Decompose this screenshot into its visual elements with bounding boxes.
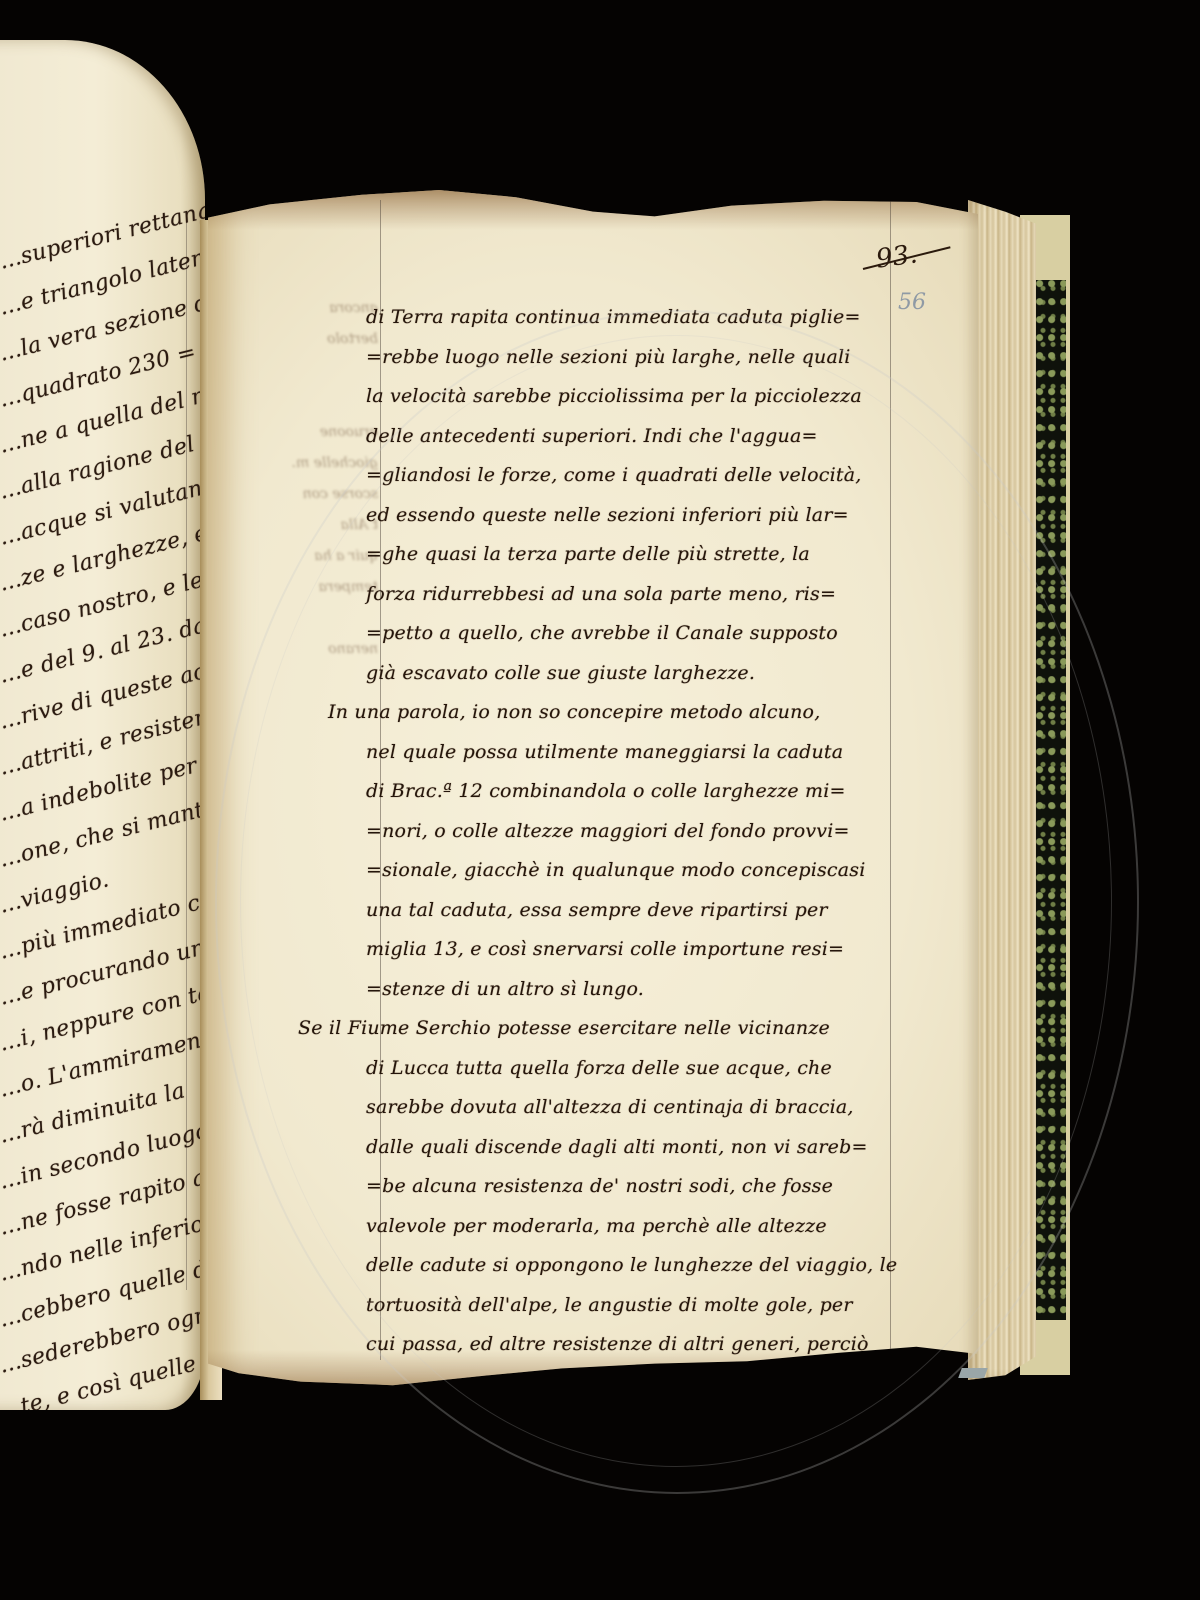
pencil-page-number: 56 <box>898 290 926 315</box>
manuscript-paragraph-start: In una parola, io non so concepire metod… <box>328 693 898 733</box>
manuscript-line: di Terra rapita continua immediata cadut… <box>328 298 898 338</box>
metal-corner-tip <box>958 1368 988 1378</box>
manuscript-line: =gliandosi le forze, come i quadrati del… <box>328 456 898 496</box>
manuscript-line: ed essendo queste nelle sezioni inferior… <box>328 496 898 536</box>
manuscript-paragraph-start: Se il Fiume Serchio potesse esercitare n… <box>298 1009 898 1049</box>
right-page: 93. 56 ancora bertolo eruoone giochelle … <box>208 190 978 1390</box>
page-top-edge-stain <box>208 190 978 230</box>
manuscript-line: =sionale, giacchè in qualunque modo conc… <box>328 851 898 891</box>
manuscript-line: valevole per moderarla, ma perchè alle a… <box>328 1207 898 1247</box>
manuscript-line: una tal caduta, essa sempre deve riparti… <box>328 891 898 931</box>
manuscript-line: =rebbe luogo nelle sezioni più larghe, n… <box>328 338 898 378</box>
manuscript-line: miglia 13, e così snervarsi colle import… <box>328 930 898 970</box>
manuscript-line: =petto a quello, che avrebbe il Canale s… <box>328 614 898 654</box>
manuscript-line: dalle quali discende dagli alti monti, n… <box>328 1128 898 1168</box>
manuscript-line: cui passa, ed altre resistenze di altri … <box>328 1325 898 1365</box>
manuscript-line: =stenze di un altro sì lungo. <box>328 970 898 1010</box>
left-page: ...superiori rettangolo ...e triangolo l… <box>0 40 205 1410</box>
manuscript-line: la velocità sarebbe picciolissima per la… <box>328 377 898 417</box>
manuscript-line: di Brac.ª 12 combinandola o colle larghe… <box>328 772 898 812</box>
manuscript-line: =ghe quasi la terza parte delle più stre… <box>328 535 898 575</box>
manuscript-text: di Terra rapita continua immediata cadut… <box>328 298 898 1365</box>
manuscript-line: nel quale possa utilmente maneggiarsi la… <box>328 733 898 773</box>
manuscript-line: di Lucca tutta quella forza delle sue ac… <box>328 1049 898 1089</box>
manuscript-line: delle antecedenti superiori. Indi che l'… <box>328 417 898 457</box>
manuscript-line: tortuosità dell'alpe, le angustie di mol… <box>328 1286 898 1326</box>
manuscript-line: =be alcuna resistenza de' nostri sodi, c… <box>328 1167 898 1207</box>
marbled-cover <box>1036 280 1066 1320</box>
page-block-fore-edge <box>968 200 1036 1380</box>
manuscript-line: sarebbe dovuta all'altezza di centinaja … <box>328 1088 898 1128</box>
manuscript-photo: ...superiori rettangolo ...e triangolo l… <box>0 0 1200 1600</box>
left-page-text: ...superiori rettangolo ...e triangolo l… <box>0 240 200 1410</box>
manuscript-line: già escavato colle sue giuste larghezze. <box>328 654 898 694</box>
manuscript-line: =nori, o colle altezze maggiori del fond… <box>328 812 898 852</box>
manuscript-line: forza ridurrebbesi ad una sola parte men… <box>328 575 898 615</box>
manuscript-line: delle cadute si oppongono le lunghezze d… <box>328 1246 898 1286</box>
